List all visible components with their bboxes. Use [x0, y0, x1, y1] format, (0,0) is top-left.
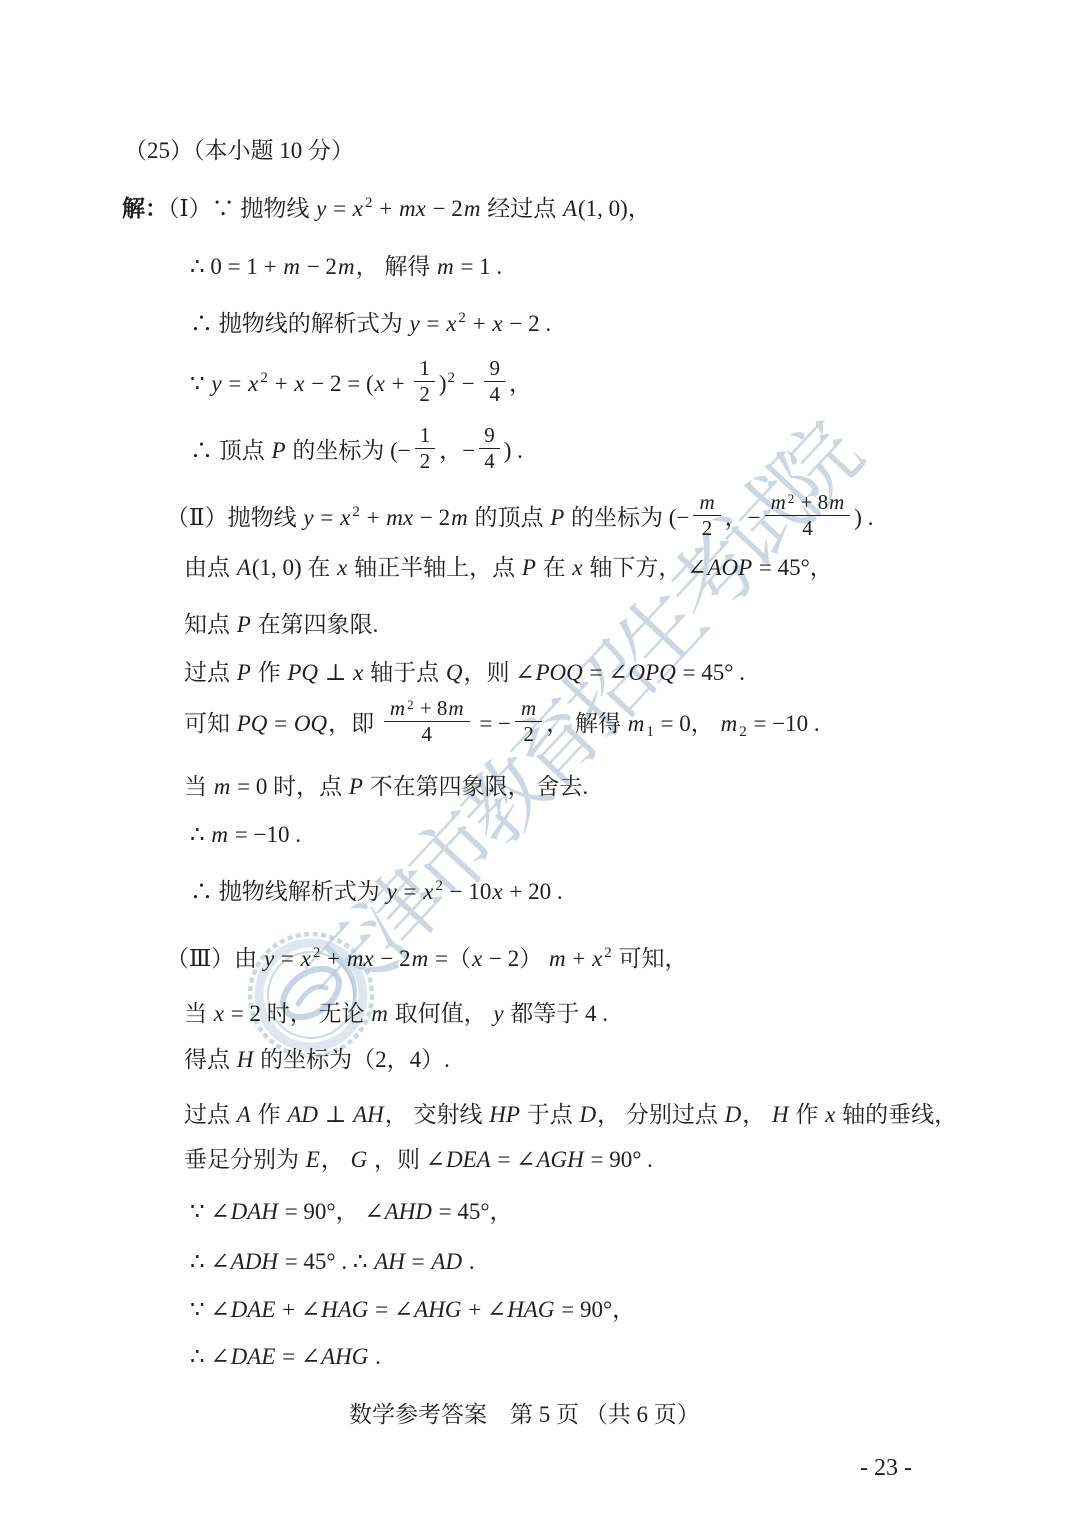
- solution-line-10: 可知 PQ = OQ，即 m2 + 8m4 = −m2， 解得 m1 = 0， …: [184, 700, 820, 751]
- solution-line-20: ∴ ∠ADH = 45° . ∴ AH = AD .: [190, 1245, 475, 1279]
- solution-line-4: ∵ y = x2 + x − 2 = (x + 12)2 − 94，: [190, 360, 532, 411]
- page-number: - 23 -: [860, 1455, 912, 1482]
- solution-line-3: ∴ 抛物线的解析式为 y = x2 + x − 2 .: [190, 307, 551, 344]
- page-footer: 数学参考答案 第 5 页 （共 6 页）: [349, 1396, 700, 1429]
- solution-line-8: 知点 P 在第四象限.: [184, 608, 378, 642]
- solution-line-6: （Ⅱ）抛物线 y = x2 + mx − 2m 的顶点 P 的坐标为 (−m2，…: [166, 494, 873, 545]
- solution-line-18: 垂足分别为 E， G ，则 ∠DEA = ∠AGH = 90° .: [184, 1143, 653, 1177]
- answer-sheet-page: 天津市教育招生考试院 （25）（本小题 10 分） 解：（Ⅰ）∵ 抛物线 y =…: [0, 0, 1080, 1534]
- problem-header: （25）（本小题 10 分）: [124, 134, 354, 168]
- solution-line-13: ∴ 抛物线解析式为 y = x2 − 10x + 20 .: [190, 875, 563, 912]
- solution-line-16: 得点 H 的坐标为（2，4）.: [184, 1043, 450, 1077]
- solution-line-21: ∵ ∠DAE + ∠HAG = ∠AHG + ∠HAG = 90°，: [190, 1293, 635, 1327]
- solution-line-2: ∴ 0 = 1 + m − 2m， 解得 m = 1 .: [190, 250, 502, 284]
- solution-line-17: 过点 A 作 AD ⊥ AH， 交射线 HP 于点 D， 分别过点 D， H 作…: [184, 1098, 957, 1132]
- solution-line-14: （Ⅲ）由 y = x2 + mx − 2m =（x − 2） m + x2 可知…: [166, 942, 688, 979]
- solution-line-11: 当 m = 0 时，点 P 不在第四象限， 舍去.: [184, 770, 588, 804]
- solution-line-19: ∵ ∠DAH = 90°， ∠AHD = 45°，: [190, 1195, 513, 1229]
- solution-line-15: 当 x = 2 时， 无论 m 取何值， y 都等于 4 .: [184, 997, 608, 1031]
- solution-line-12: ∴ m = −10 .: [190, 818, 301, 852]
- solution-line-7: 由点 A(1, 0) 在 x 轴正半轴上，点 P 在 x 轴下方， ∠AOP =…: [184, 551, 833, 585]
- solution-line-5: ∴ 顶点 P 的坐标为 (−12，−94) .: [190, 427, 523, 478]
- solution-line-9: 过点 P 作 PQ ⊥ x 轴于点 Q，则 ∠POQ = ∠OPQ = 45° …: [184, 656, 745, 690]
- solution-line-22: ∴ ∠DAE = ∠AHG .: [190, 1340, 381, 1374]
- solution-line-1: 解：（Ⅰ）∵ 抛物线 y = x2 + mx − 2m 经过点 A(1, 0)，: [122, 192, 651, 229]
